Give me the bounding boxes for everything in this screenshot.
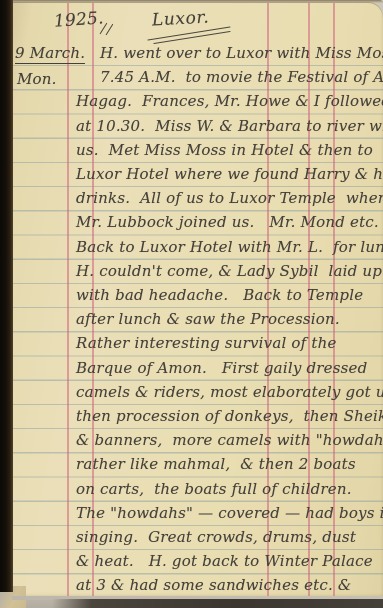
handwritten-line: & banners, more camels with "howdahs" xyxy=(76,433,383,448)
handwritten-line: H. went over to Luxor with Miss Moss at xyxy=(100,46,383,61)
handwritten-line: Luxor Hotel where we found Harry & had xyxy=(76,167,383,182)
handwritten-line: Mr. Lubbock joined us. Mr. Mond etc. xyxy=(76,215,379,230)
handwritten-line: Barque of Amon. First gaily dressed xyxy=(76,361,367,376)
entry-day: Mon. xyxy=(17,72,57,87)
handwritten-line: drinks. All of us to Luxor Temple where xyxy=(76,191,383,206)
handwritten-line: at 3 & had some sandwiches etc. & xyxy=(76,578,351,593)
book-binding xyxy=(0,0,13,592)
handwritten-line: at 10.30. Miss W. & Barbara to river wit… xyxy=(76,119,383,134)
entry-date: 9 March. xyxy=(15,46,85,64)
handwritten-line: Back to Luxor Hotel with Mr. L. for lunc… xyxy=(76,240,383,255)
red-margin-line xyxy=(67,3,69,597)
handwritten-line: on carts, the boats full of children. xyxy=(76,482,352,497)
handwritten-line: Rather interesting survival of the xyxy=(76,336,337,351)
page-edge-top xyxy=(10,0,383,3)
handwritten-line: 7.45 A.M. to movie the Festival of Abul xyxy=(100,70,383,85)
handwritten-line: us. Met Miss Moss in Hotel & then to xyxy=(76,143,373,158)
handwritten-line: rather like mahmal, & then 2 boats xyxy=(76,457,356,472)
handwritten-line: then procession of donkeys, then Sheikhs xyxy=(76,409,383,424)
page-edge-shadow xyxy=(52,599,383,608)
handwritten-line: H. couldn't come, & Lady Sybil laid up xyxy=(76,264,382,279)
handwritten-line: after lunch & saw the Procession. xyxy=(76,312,340,327)
handwritten-line: The "howdahs" — covered — had boys insid… xyxy=(76,506,383,521)
handwritten-line: camels & riders, most elaborately got up… xyxy=(76,385,383,400)
page-title: Luxor. xyxy=(152,10,210,30)
diary-page-scan: 1925. Luxor. 9 March. Mon. H. went over … xyxy=(0,0,383,608)
handwritten-line: Hagag. Frances, Mr. Howe & I followed xyxy=(76,94,383,109)
handwritten-line: & heat. H. got back to Winter Palace xyxy=(76,554,373,569)
handwritten-line: with bad headache. Back to Temple xyxy=(76,288,363,303)
handwritten-line: singing. Great crowds, drums, dust xyxy=(76,530,356,545)
year-heading: 1925. xyxy=(53,10,104,30)
